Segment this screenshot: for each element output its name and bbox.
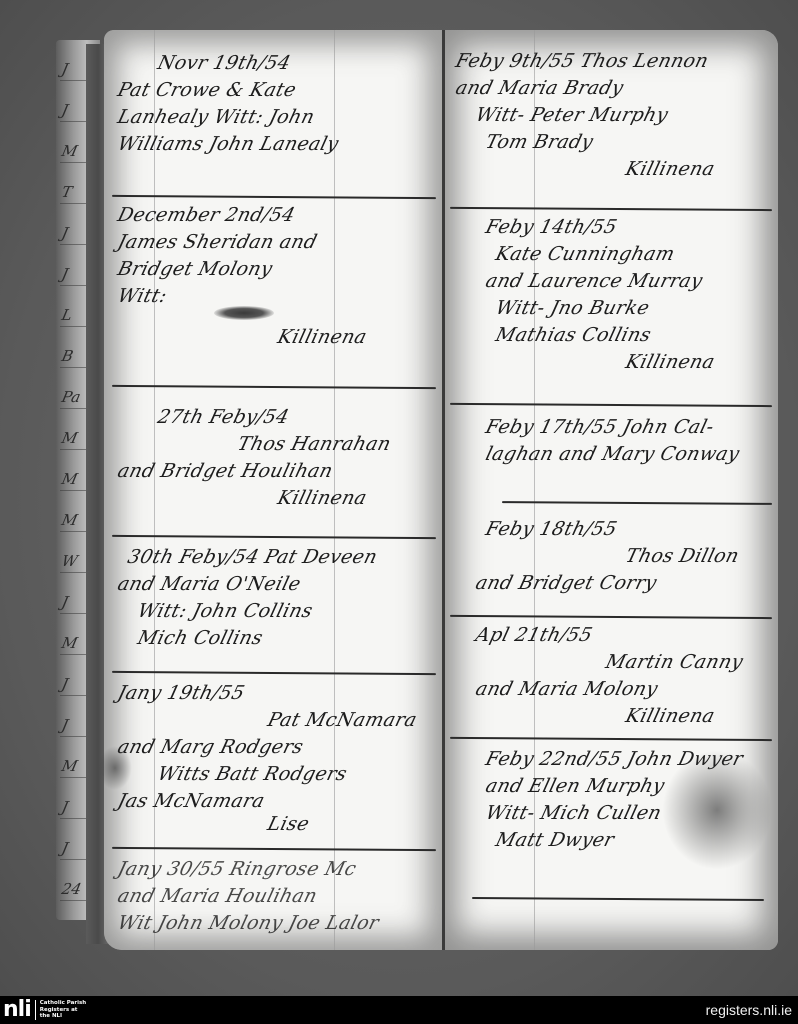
entry-line: and Maria O'Neile [115,571,436,598]
register-entry: Feby 17th/55 John Cal- laghan and Mary C… [456,414,768,468]
entry-townland: Killinena [453,703,772,730]
register-entry: 27th Feby/54 Thos Hanrahan and Bridget H… [118,404,432,512]
entry-line: and Marg Rodgers [115,734,436,761]
entry-townland: Killinena [453,349,772,376]
index-fragment: 24 [60,880,83,898]
index-fragment: J [60,798,70,816]
register-entry: Jany 19th/55 Pat McNamara and Marg Rodge… [118,680,432,833]
index-fragment: J [60,224,70,242]
entry-divider [112,535,436,539]
ink-blot [214,306,274,320]
brand-tagline: Catholic Parish Registers at the NLI [40,1000,86,1020]
entry-line: Witt- Peter Murphy [453,102,772,129]
entry-divider [112,385,436,389]
entry-divider [112,195,436,199]
entry-line: and Maria Molony [453,676,772,703]
index-fragment: M [60,634,79,652]
right-page: Feby 9th/55 Thos Lennon and Maria Brady … [442,30,778,950]
register-entry: Apl 21th/55 Martin Canny and Maria Molon… [456,622,768,730]
site-link[interactable]: registers.nli.ie [706,1002,798,1018]
entry-line: Lanhealy Witt: John [115,104,436,131]
entry-line: Kate Cunningham [453,241,772,268]
logo-separator [35,1000,36,1020]
index-fragment: W [60,552,79,570]
index-fragment: T [60,183,74,201]
nli-logo: nli [3,996,35,1024]
scanned-image: JJMTJJLBPaMMMWJMJJMJJ24 Novr 19th/54 Pat… [0,0,798,996]
entry-line: Mich Collins [115,625,436,652]
entry-line: Tom Brady [453,129,772,156]
entry-line: Pat McNamara [115,707,436,734]
index-fragment: J [60,593,70,611]
register-entry: 30th Feby/54 Pat Deveen and Maria O'Neil… [118,544,432,652]
index-fragment: J [60,60,70,78]
index-fragment: L [60,306,74,324]
entry-townland: Killinena [115,324,436,351]
index-fragment: M [60,470,79,488]
entry-divider [502,501,772,505]
entry-date: 30th Feby/54 Pat Deveen [115,544,436,571]
entry-divider [472,897,764,901]
entry-townland: Killinena [115,485,436,512]
entry-date: Feby 18th/55 [453,516,772,543]
entry-date: 27th Feby/54 [115,404,436,431]
entry-townland: Killinena [453,156,772,183]
entry-line: and Laurence Murray [453,268,772,295]
index-fragment: M [60,757,79,775]
index-fragment: M [60,511,79,529]
entry-divider [112,671,436,675]
entry-line: Thos Hanrahan [115,431,436,458]
entry-date: Novr 19th/54 [115,50,436,77]
entry-line: and Maria Brady [453,75,772,102]
register-entry: Feby 9th/55 Thos Lennon and Maria Brady … [456,48,768,183]
register-entry: Novr 19th/54 Pat Crowe & Kate Lanhealy W… [118,50,432,158]
entry-line: Witt: John Collins [115,598,436,625]
entry-line: Thos Dillon [453,543,772,570]
entry-line: Martin Canny [453,649,772,676]
entry-date: Jany 19th/55 [115,680,436,707]
index-fragment: J [60,675,70,693]
index-fragment: J [60,839,70,857]
entry-line: and Bridget Corry [453,570,772,597]
page-gutter [442,30,445,950]
viewer-footer: nli Catholic Parish Registers at the NLI… [0,996,798,1024]
stain [662,750,772,870]
entry-line: Williams John Lanealy [115,131,436,158]
entry-line: James Sheridan and [115,229,436,256]
index-fragment: J [60,716,70,734]
entry-date: Feby 17th/55 John Cal- [453,414,772,441]
entry-line: Bridget Molony [115,256,436,283]
entry-line: Jas McNamara [115,788,436,815]
entry-line: Pat Crowe & Kate [115,77,436,104]
register-entry: Jany 30/55 Ringrose Mc and Maria Houliha… [118,856,432,937]
index-fragment: M [60,429,79,447]
stain [98,746,132,790]
entry-line: Wit John Molony Joe Lalor [115,910,436,937]
index-fragment: M [60,142,79,160]
left-page: Novr 19th/54 Pat Crowe & Kate Lanhealy W… [104,30,442,950]
index-fragment: J [60,101,70,119]
entry-line: Mathias Collins [453,322,772,349]
index-fragment: B [60,347,75,365]
index-fragment: J [60,265,70,283]
entry-date: December 2nd/54 [115,202,436,229]
entry-line: Witt: [115,283,436,310]
index-fragment: Pa [60,388,82,406]
entry-line: Lise [116,815,434,833]
entry-date: Feby 9th/55 Thos Lennon [453,48,772,75]
register-entry: Feby 18th/55 Thos Dillon and Bridget Cor… [456,516,768,597]
entry-line: Witts Batt Rodgers [115,761,436,788]
entry-divider [450,403,772,407]
register-entry: December 2nd/54 James Sheridan and Bridg… [118,202,432,351]
entry-line: and Maria Houlihan [115,883,436,910]
nli-brand[interactable]: nli Catholic Parish Registers at the NLI [0,996,86,1024]
entry-divider [112,847,436,851]
entry-divider [450,737,772,741]
tagline-line: the NLI [40,1013,86,1020]
tagline-line: Catholic Parish [40,1000,86,1007]
entry-date: Jany 30/55 Ringrose Mc [115,856,436,883]
entry-divider [450,615,772,619]
entry-line: laghan and Mary Conway [453,441,772,468]
entry-line: and Bridget Houlihan [115,458,436,485]
entry-divider [450,207,772,211]
entry-date: Feby 14th/55 [453,214,772,241]
register-entry: Feby 14th/55 Kate Cunningham and Laurenc… [456,214,768,376]
entry-line: Witt- Jno Burke [453,295,772,322]
entry-date: Apl 21th/55 [453,622,772,649]
